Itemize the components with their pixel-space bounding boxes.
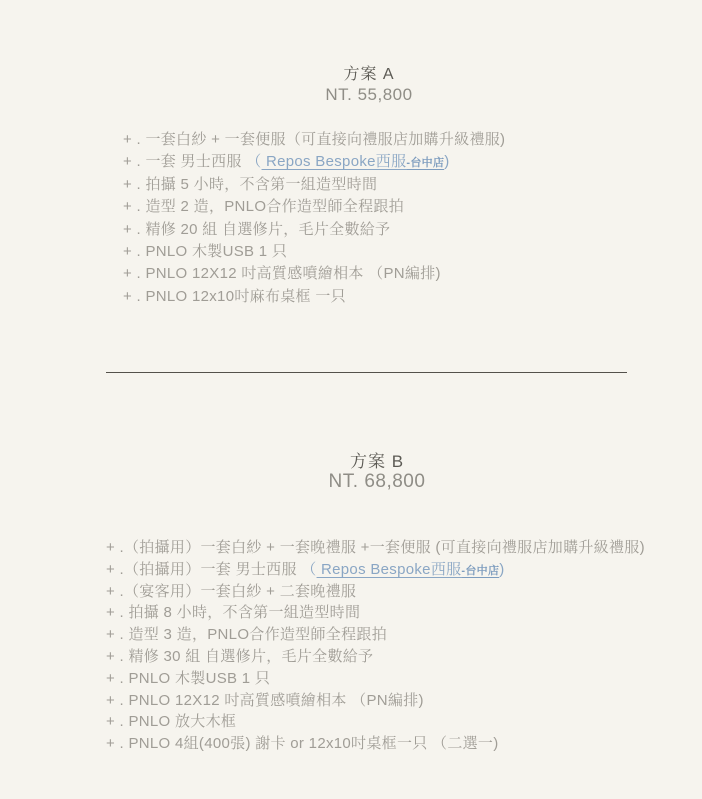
list-item: + . 拍攝 8 小時，不含第一組造型時間 — [106, 602, 645, 624]
list-item: + . PNLO 12x10吋麻布桌框 一只 — [123, 286, 505, 308]
list-item: + . 精修 30 組 自選修片，毛片全數給予 — [106, 646, 645, 668]
paren-open: （ — [301, 561, 316, 578]
list-item: + .（拍攝用）一套白紗 + 一套晚禮服 +一套便服 (可直接向禮服店加購升級禮… — [106, 537, 645, 559]
list-item: + . PNLO 木製USB 1 只 — [106, 668, 645, 690]
item-text: + . 一套 男士西服 — [123, 153, 246, 170]
item-text: + .（拍攝用）一套白紗 + 一套晚禮服 +一套便服 (可直接向禮服店加購升級禮… — [106, 539, 645, 556]
list-item: + . PNLO 12X12 吋高質感噴繪相本 （PN編排) — [123, 263, 505, 285]
link-branch-text: -台中店 — [406, 157, 444, 169]
list-item: + .（宴客用）一套白紗 + 二套晚禮服 — [106, 581, 645, 603]
list-item: + . PNLO 12X12 吋高質感噴繪相本 （PN編排) — [106, 690, 645, 712]
link-text: Repos Bespoke西服 — [317, 561, 462, 578]
item-text: + . 拍攝 5 小時，不含第一組造型時間 — [123, 176, 377, 193]
section-divider — [106, 372, 627, 373]
item-text: + . PNLO 12x10吋麻布桌框 一只 — [123, 288, 346, 305]
plan-a-item-list: + . 一套白紗 + 一套便服（可直接向禮服店加購升級禮服) + . 一套 男士… — [123, 129, 505, 308]
paren-open: （ — [246, 153, 261, 170]
item-text: + . PNLO 12X12 吋高質感噴繪相本 （PN編排) — [123, 265, 441, 282]
repos-bespoke-link[interactable]: Repos Bespoke西服-台中店 — [317, 561, 500, 578]
list-item: + . 一套白紗 + 一套便服（可直接向禮服店加購升級禮服) — [123, 129, 505, 151]
item-text: + . 精修 30 組 自選修片，毛片全數給予 — [106, 648, 373, 665]
list-item: + . 精修 20 組 自選修片，毛片全數給予 — [123, 219, 505, 241]
item-text: + . PNLO 12X12 吋高質感噴繪相本 （PN編排) — [106, 692, 424, 709]
item-text: + . PNLO 木製USB 1 只 — [106, 670, 270, 687]
list-item: + . PNLO 放大木框 — [106, 711, 645, 733]
plan-b-price: NT. 68,800 — [0, 471, 702, 493]
item-text: + . PNLO 放大木框 — [106, 713, 236, 730]
plan-b-item-list: + .（拍攝用）一套白紗 + 一套晚禮服 +一套便服 (可直接向禮服店加購升級禮… — [106, 537, 645, 755]
paren-close: ) — [444, 153, 449, 170]
plan-b-title: 方案 B — [0, 447, 702, 472]
plan-a-title: 方案 A — [0, 61, 702, 84]
item-text: + . PNLO 4組(400張) 謝卡 or 12x10吋桌框一只 （二選一) — [106, 735, 499, 752]
list-item: + . 一套 男士西服 （ Repos Bespoke西服-台中店) — [123, 151, 505, 173]
item-text: + . PNLO 木製USB 1 只 — [123, 243, 287, 260]
link-text: Repos Bespoke西服 — [262, 153, 407, 170]
list-item: + . PNLO 4組(400張) 謝卡 or 12x10吋桌框一只 （二選一) — [106, 733, 645, 755]
link-parenthetical: （ Repos Bespoke西服-台中店) — [301, 561, 504, 578]
item-text: + . 拍攝 8 小時，不含第一組造型時間 — [106, 604, 360, 621]
item-text: + . 精修 20 組 自選修片，毛片全數給予 — [123, 221, 390, 238]
list-item: + . 拍攝 5 小時，不含第一組造型時間 — [123, 174, 505, 196]
item-text: + . 造型 3 造，PNLO合作造型師全程跟拍 — [106, 626, 387, 643]
item-text: + . 一套白紗 + 一套便服（可直接向禮服店加購升級禮服) — [123, 131, 505, 148]
item-text: + .（宴客用）一套白紗 + 二套晚禮服 — [106, 583, 356, 600]
repos-bespoke-link[interactable]: Repos Bespoke西服-台中店 — [262, 153, 445, 170]
plan-a-price: NT. 55,800 — [0, 85, 702, 105]
item-text: + .（拍攝用）一套 男士西服 — [106, 561, 301, 578]
list-item: + . PNLO 木製USB 1 只 — [123, 241, 505, 263]
list-item: + .（拍攝用）一套 男士西服 （ Repos Bespoke西服-台中店) — [106, 559, 645, 581]
link-branch-text: -台中店 — [461, 565, 499, 577]
link-parenthetical: （ Repos Bespoke西服-台中店) — [246, 153, 449, 170]
item-text: + . 造型 2 造，PNLO合作造型師全程跟拍 — [123, 198, 404, 215]
list-item: + . 造型 3 造，PNLO合作造型師全程跟拍 — [106, 624, 645, 646]
list-item: + . 造型 2 造，PNLO合作造型師全程跟拍 — [123, 196, 505, 218]
paren-close: ) — [499, 561, 504, 578]
